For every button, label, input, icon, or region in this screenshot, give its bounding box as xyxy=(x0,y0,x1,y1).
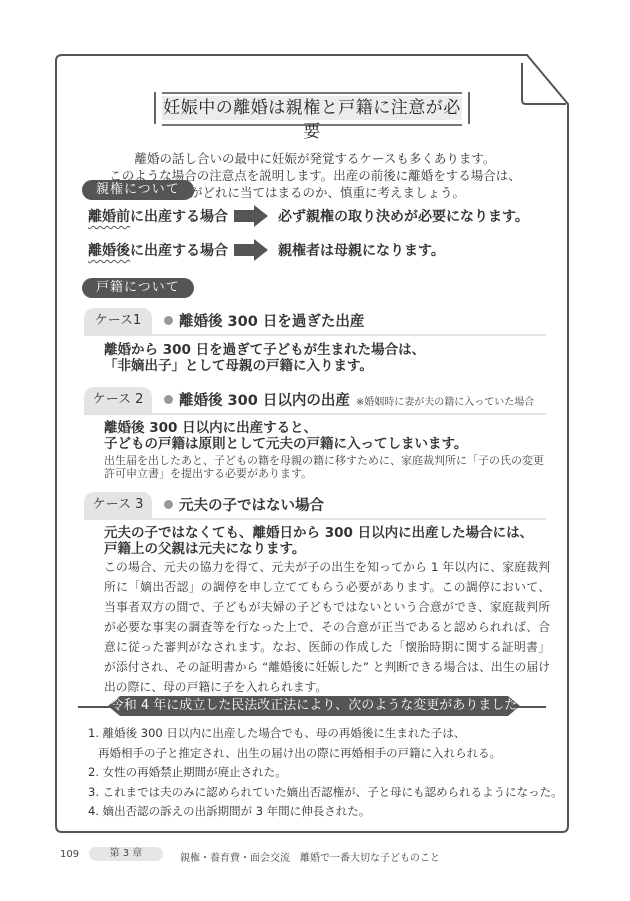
case-2-header: ケース 2 離婚後 300 日以内の出産※婚姻時に妻が夫の籍に入っていた場合 xyxy=(84,387,546,415)
case-1-header: ケース1 離婚後 300 日を過ぎた出産 xyxy=(84,308,546,336)
emphasis-before-divorce: 離婚前 xyxy=(88,209,130,225)
case-3-summary: 元夫の子ではなくても、離婚日から 300 日以内に出産した場合には、 戸籍上の父… xyxy=(104,525,533,557)
bullet-dot-icon xyxy=(164,500,173,509)
case-1-tab: ケース1 xyxy=(84,308,152,334)
case-2-detail: 出生届を出したあと、子どもの籍を母親の籍に移すために、家庭裁判所に「子の氏の変更… xyxy=(104,454,544,480)
custody-row-label: に出産する場合 xyxy=(130,243,228,259)
summary-line: 子どもの戸籍は原則として元夫の戸籍に入ってしまいます。 xyxy=(104,436,467,452)
summary-line: 元夫の子ではなくても、離婚日から 300 日以内に出産した場合には、 xyxy=(104,525,533,541)
case-2-tab: ケース 2 xyxy=(84,387,152,413)
case-title-text: 元夫の子ではない場合 xyxy=(179,498,324,514)
reform-item: 3. これまでは夫のみに認められていた嫡出否認権が、子と母にも認められるようにな… xyxy=(88,783,563,803)
custody-row-label: に出産する場合 xyxy=(130,209,228,225)
summary-line: 離婚から 300 日を過ぎて子どもが生まれた場合は、 xyxy=(104,342,425,358)
bullet-dot-icon xyxy=(164,395,173,404)
arrow-right-icon xyxy=(234,239,268,261)
summary-line: 「非嫡出子」として母親の戸籍に入ります。 xyxy=(104,358,425,374)
intro-line: 離婚の話し合いの最中に妊娠が発覚するケースも多くあります。 xyxy=(100,150,530,167)
reform-item: 1. 離婚後 300 日以内に出産した場合でも、母の再婚後に生まれた子は、 xyxy=(88,724,563,744)
chapter-label: 第 3 章 xyxy=(89,847,163,861)
case-3-header: ケース 3 元夫の子ではない場合 xyxy=(84,492,546,520)
custody-heading: 親権について xyxy=(82,180,194,200)
summary-line: 戸籍上の父親は元夫になります。 xyxy=(104,541,533,557)
case-3-tab: ケース 3 xyxy=(84,492,152,518)
case-3-title: 元夫の子ではない場合 xyxy=(164,494,324,515)
reform-list: 1. 離婚後 300 日以内に出産した場合でも、母の再婚後に生まれた子は、 再婚… xyxy=(88,724,563,822)
case-title-text: 離婚後 300 日を過ぎた出産 xyxy=(179,314,364,330)
case-1-title: 離婚後 300 日を過ぎた出産 xyxy=(164,310,364,331)
page-number: 109 xyxy=(60,849,79,860)
case-2-title: 離婚後 300 日以内の出産※婚姻時に妻が夫の籍に入っていた場合 xyxy=(164,389,534,410)
case-2-note: ※婚姻時に妻が夫の籍に入っていた場合 xyxy=(356,397,534,408)
chapter-title: 親権・養育費・面会交流 離婚で一番大切な子どものこと xyxy=(180,849,440,864)
title-left-bar xyxy=(154,92,156,124)
page-title: 妊娠中の離婚は親権と戸籍に注意が必要 xyxy=(162,96,462,120)
reform-item-continued: 再婚相手の子と推定され、出生の届け出の際に再婚相手の戸籍に入れられる。 xyxy=(88,744,563,764)
custody-row-after: 離婚後に出産する場合 xyxy=(88,240,228,260)
reform-item: 4. 嫡出否認の訴えの出訴期間が 3 年間に伸長された。 xyxy=(88,802,563,822)
reform-banner: 令和 4 年に成立した民法改正法により、次のような変更がありました xyxy=(108,696,520,716)
case-2-summary: 離婚後 300 日以内に出産すると、 子どもの戸籍は原則として元夫の戸籍に入って… xyxy=(104,420,467,452)
case-title-text: 離婚後 300 日以内の出産 xyxy=(179,393,350,409)
summary-line: 離婚後 300 日以内に出産すると、 xyxy=(104,420,467,436)
case-1-summary: 離婚から 300 日を過ぎて子どもが生まれた場合は、 「非嫡出子」として母親の戸… xyxy=(104,342,425,374)
title-top-rule xyxy=(162,92,462,94)
registry-heading: 戸籍について xyxy=(82,278,194,298)
bullet-dot-icon xyxy=(164,316,173,325)
arrow-right-icon xyxy=(234,205,268,227)
custody-result-before: 必ず親権の取り決めが必要になります。 xyxy=(278,206,529,226)
case-3-detail: この場合、元夫の協力を得て、元夫が子の出生を知ってから 1 年以内に、家庭裁判所… xyxy=(104,557,550,697)
custody-row-before: 離婚前に出産する場合 xyxy=(88,206,228,226)
reform-item: 2. 女性の再婚禁止期間が廃止された。 xyxy=(88,763,563,783)
title-banner: 妊娠中の離婚は親権と戸籍に注意が必要 xyxy=(154,76,470,130)
emphasis-after-divorce: 離婚後 xyxy=(88,243,130,259)
custody-result-after: 親権者は母親になります。 xyxy=(278,240,445,260)
title-right-bar xyxy=(468,92,470,124)
